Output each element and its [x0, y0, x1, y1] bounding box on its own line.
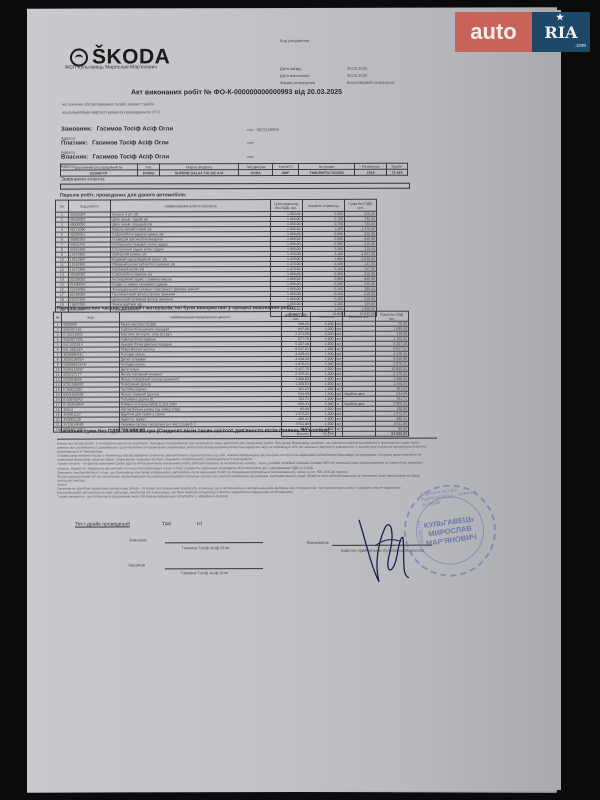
vehicle-value-cell: 3V3542 — [137, 170, 160, 176]
vehicle-table: Державний реєстраційний №ТипМарка (модел… — [60, 163, 408, 177]
payment-form-label: Форма розрахунків — [280, 80, 315, 85]
watermark-ria-text: RIA — [544, 23, 577, 42]
arrival-date-label: Дата заїзду — [280, 66, 301, 71]
terms-text: Етапи та обсяги робіт, їх попередня варт… — [57, 441, 427, 499]
empty-cell — [343, 431, 376, 436]
parts-header-cell: Сума без ПДВ, грн. — [376, 311, 409, 321]
received-signature-line — [165, 568, 263, 569]
parts-header-cell: Кількість — [310, 311, 342, 321]
works-header-cell: Код роботи — [68, 200, 111, 212]
received-signature-name: Гасимов Тосіф Асіф Огли — [181, 570, 228, 575]
parts-header-cell: № — [54, 312, 62, 322]
subtitle-line-1: на технічне обслуговування та/або ремонт… — [62, 101, 154, 106]
customer-phone-value: 0672145900 — [257, 127, 279, 132]
parts-table: №КодНайменування матеріальної цінностіЦі… — [53, 311, 409, 438]
customer-phone: тел.: 0672145900 — [247, 127, 279, 132]
works-header-cell: № — [56, 200, 69, 212]
works-header-cell: Кількість нормогод — [302, 199, 345, 211]
vehicle-value-cell: ВС8467ТР — [61, 170, 138, 176]
watermark-com: .com — [575, 43, 586, 49]
autoria-watermark: auto ★ RIA .com — [455, 12, 590, 52]
terms-paragraph: * окрім запчастин, що піддаються природн… — [57, 494, 427, 499]
document-page: ŠKODA Код узгодження ФОП Кульгавець Миро… — [27, 7, 557, 792]
customer-signature-name: Гасимов Тосіф Асіф Огли — [182, 545, 229, 550]
parts-header-cell: Найменування матеріальної цінності — [119, 312, 281, 322]
arrival-date: 20.03.2025 — [347, 66, 367, 71]
vehicle-value-cell: SUPERB GALAX TSI 162 A7A — [160, 170, 239, 176]
grand-total: Загальна сума без ПДВ: 78 698,80 грн (Сі… — [59, 428, 329, 435]
works-header-row: №Код роботиНайменування роботи (послуги)… — [56, 199, 377, 212]
payment-form: Безготівковий розрахунок — [347, 80, 395, 85]
works-header-cell: Найменування роботи (послуги) — [111, 200, 270, 212]
parts-total-sum: 62 666,80 — [376, 431, 409, 436]
client-request-box — [60, 183, 410, 190]
document-title: Акт виконаних робіт № ФО-К-0000000000009… — [131, 89, 342, 97]
vehicle-value-cell: TMBJ9NP3L7024258 — [298, 169, 354, 175]
completion-date: 20.03.2025 — [347, 73, 367, 78]
completion-date-label: Дата виконання — [280, 73, 309, 78]
company-name: ФОП Кульгавець Мирослав Мар'янович — [65, 64, 157, 70]
client-request-label: Звернення клієнта: — [61, 176, 105, 182]
owner-role: Власник: — [61, 155, 88, 161]
vehicle-value-cell: 72 419 — [387, 169, 408, 175]
owner-phone-label: тел: — [247, 154, 254, 159]
received-signature-label: Одержав — [128, 562, 145, 567]
payer-phone-label: тел: — [247, 140, 254, 145]
vehicle-values-row: ВС8467ТР3V3542SUPERB GALAX TSI 162 A7ACH… — [61, 169, 408, 176]
works-table: №Код роботиНайменування роботи (послуги)… — [55, 199, 377, 318]
test-drive-yes[interactable]: ТАК — [162, 521, 171, 527]
customer-signature-label: Замовник — [129, 537, 147, 542]
terms-paragraph: Етапи та обсяги робіт, їх попередня варт… — [57, 441, 427, 454]
vehicle-value-cell: CHHA — [239, 170, 273, 176]
works-header-cell: Ціна нормогод без ПДВ, грн. — [270, 199, 302, 211]
works-header-cell: Сума без ПДВ, грн. — [345, 199, 377, 211]
divider — [57, 438, 437, 440]
empty-cell — [335, 431, 343, 436]
vehicle-value-cell: 2018 — [355, 169, 387, 175]
watermark-ria: ★ RIA .com — [532, 12, 590, 52]
parts-header-cell: Знижка, грн. — [343, 311, 376, 321]
star-icon: ★ — [556, 13, 564, 23]
contractor-signature-label: Виконавець — [307, 540, 329, 545]
vehicle-value-cell: 8WP — [273, 169, 299, 175]
customer-phone-label: тел.: — [247, 127, 255, 132]
parts-header-cell: Ціна без ПДВ, грн. — [282, 311, 311, 321]
parts-header-cell: Код — [62, 312, 120, 322]
owner-name: Гасимов Тосіф Асіф Огли — [93, 154, 170, 160]
customer-signature-line — [165, 542, 263, 543]
test-drive-no[interactable]: НІ — [197, 521, 202, 527]
test-drive-label: Тест-драйв проведений — [75, 521, 130, 527]
approval-code-label: Код узгодження — [280, 38, 309, 43]
watermark-auto: auto — [455, 12, 532, 52]
works-section-title: Перелік робіт, проведених для даного авт… — [60, 192, 186, 198]
subtitle-line-2: на калькуляцію вартості ремонту пошкодже… — [62, 109, 159, 114]
